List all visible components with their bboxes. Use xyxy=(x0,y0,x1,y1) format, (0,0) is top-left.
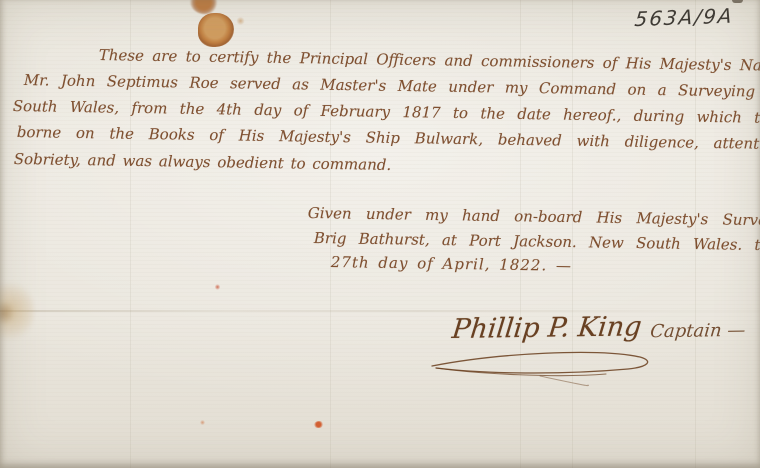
signature-title: Captain — xyxy=(650,320,747,342)
signature-flourish-stroke xyxy=(428,346,693,394)
orange-ink-dot-faint xyxy=(200,420,205,425)
signature-block: Phillip P. King Captain — xyxy=(452,310,746,345)
foxing-stain-speck xyxy=(236,17,245,25)
signature-name: Phillip P. King xyxy=(451,311,644,345)
closing-line-1: Given under my hand on-board His Majesty… xyxy=(308,203,760,232)
body-line-5: Sobriety, and was always obedient to com… xyxy=(14,149,392,176)
stain-left-edge xyxy=(0,281,34,341)
stain-left-edge-dark xyxy=(0,299,13,327)
document-photo: 563A/9A These are to certify the Princip… xyxy=(0,0,760,468)
closing-line-3: 27th day of April, 1822. — xyxy=(331,252,572,277)
foxing-stain-top-small xyxy=(188,0,220,17)
top-edge-mark xyxy=(732,0,743,3)
archive-reference-number: 563A/9A xyxy=(633,4,734,32)
paper-chain-line xyxy=(130,0,131,468)
orange-ink-dot xyxy=(314,421,323,428)
red-ink-dot xyxy=(215,284,220,290)
foxing-stain-top-large xyxy=(198,13,234,47)
